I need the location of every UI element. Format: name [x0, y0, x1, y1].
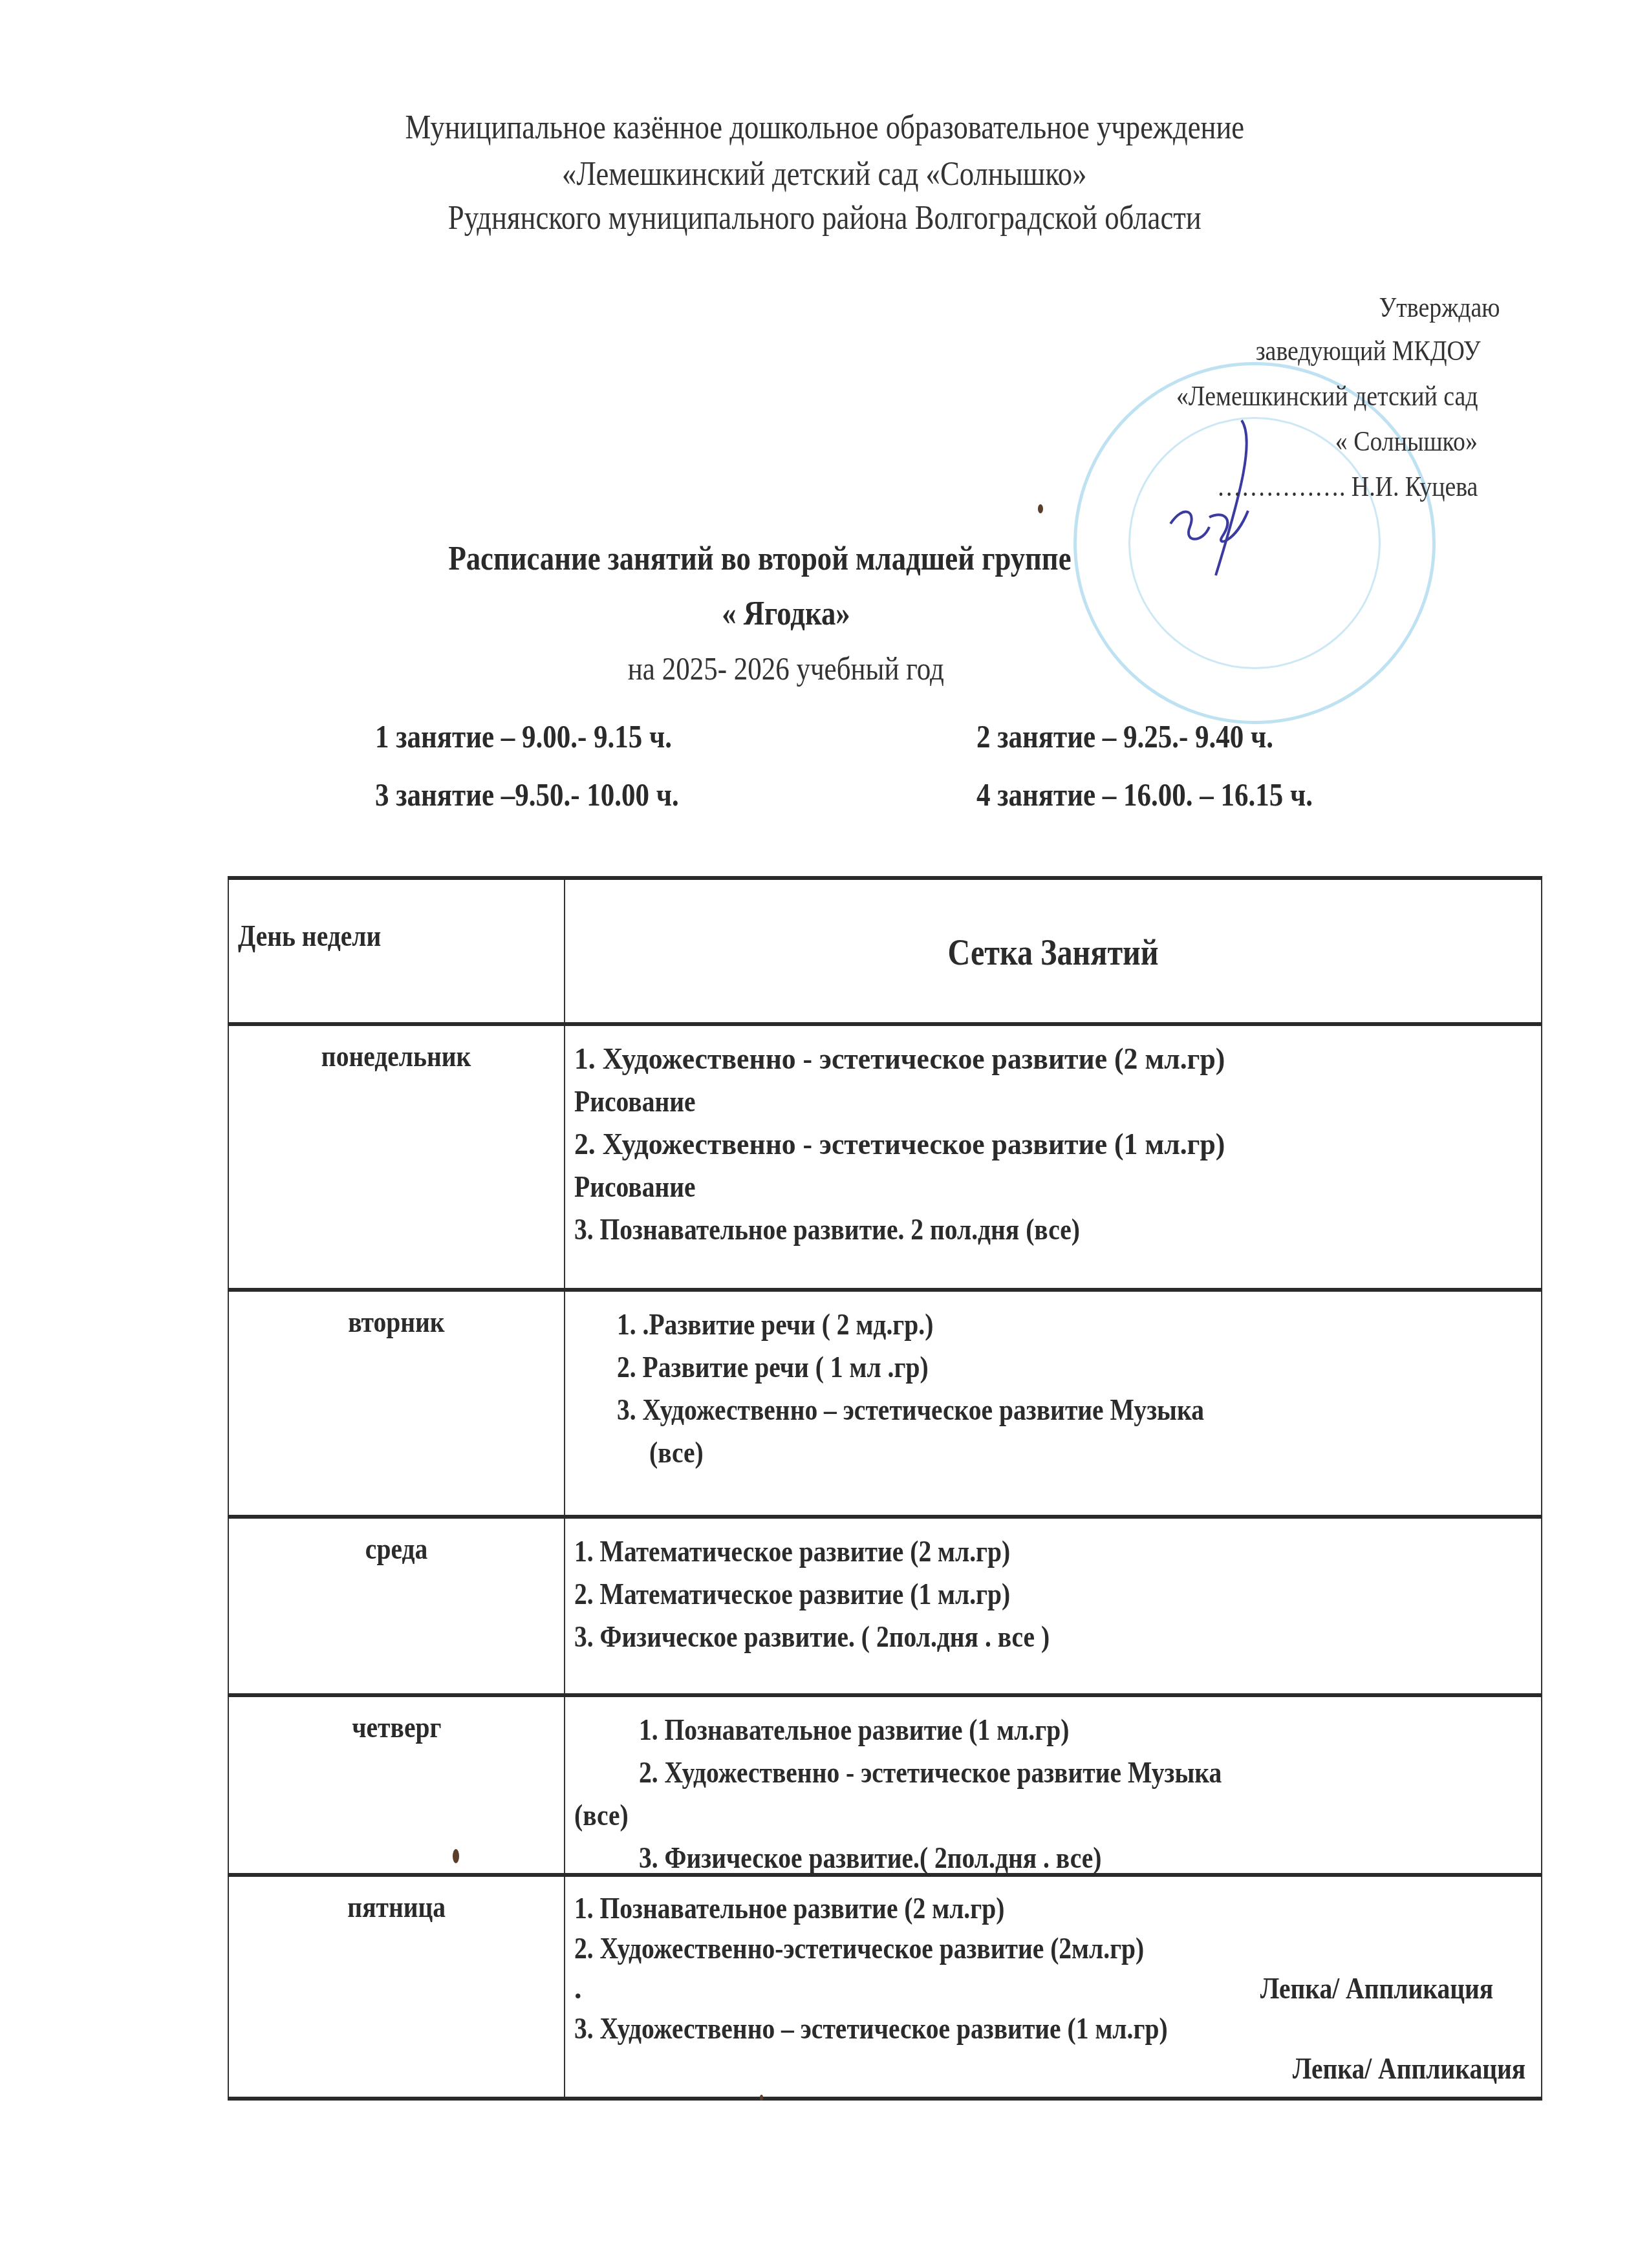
approval-org-line-2: « Солнышко»	[1312, 425, 1478, 458]
document-title: Расписание занятий во второй младшей гру…	[0, 540, 1584, 578]
approval-signatory: ……………. Н.И. Куцева	[1174, 470, 1478, 503]
day-cell: пятница	[228, 1877, 565, 2097]
activity-line: 1. .Развитие речи ( 2 мд.гр.)	[617, 1303, 1532, 1346]
header-activity-grid: Сетка Занятий	[565, 880, 1542, 1022]
session-time-1: 1 занятие – 9.00.- 9.15 ч.	[375, 718, 720, 755]
activity-line: 3. Художественно – эстетическое развитие…	[574, 2009, 1532, 2049]
scan-speck	[760, 2095, 763, 2101]
activities-cell: 1. .Развитие речи ( 2 мд.гр.) 2. Развити…	[565, 1292, 1542, 1515]
activity-line: 1. Познавательное развитие (2 мл.гр)	[574, 1888, 1532, 1929]
activity-line: Лепка/ Аппликация	[574, 2049, 1532, 2089]
approval-label: Утверждаю	[1359, 291, 1500, 324]
activity-line: 2. Художественно-эстетическое развитие (…	[574, 1929, 1532, 1969]
activity-line: (все)	[574, 1794, 1532, 1837]
approval-position: заведующий МКДОУ	[1219, 334, 1481, 367]
day-cell: четверг	[228, 1697, 565, 1873]
activities-cell: 1. Познавательное развитие (2 мл.гр) 2. …	[565, 1877, 1542, 2097]
table-row: среда 1. Математическое развитие (2 мл.г…	[228, 1515, 1542, 1693]
activity-line: . Лепка/ Аппликация	[574, 1969, 1532, 2009]
table-row: вторник 1. .Развитие речи ( 2 мд.гр.) 2.…	[228, 1288, 1542, 1515]
session-time-4: 4 занятие – 16.00. – 16.15 ч.	[976, 776, 1368, 813]
schedule-table: День недели Сетка Занятий понедельник 1.…	[228, 876, 1542, 2101]
activity-line: 2. Художественно - эстетическое развитие…	[574, 1123, 1532, 1166]
activity-line: Рисование	[574, 1080, 1532, 1123]
scan-speck	[453, 1849, 459, 1863]
academic-year: на 2025- 2026 учебный год	[0, 650, 1610, 687]
activity-line: 1. Математическое развитие (2 мл.гр)	[574, 1530, 1532, 1573]
activity-line: 3. Познавательное развитие. 2 пол.дня (в…	[574, 1208, 1532, 1251]
activity-line: 2. Развитие речи ( 1 мл .гр)	[617, 1346, 1532, 1389]
activity-line: 3. Художественно – эстетическое развитие…	[617, 1389, 1532, 1431]
day-cell: вторник	[228, 1292, 565, 1515]
day-cell: понедельник	[228, 1026, 565, 1288]
org-name-line-2: «Лемешкинский детский сад «Солнышко»	[0, 155, 1649, 193]
activity-line: Рисование	[574, 1166, 1532, 1208]
org-name-line-3: Руднянского муниципального района Волгог…	[0, 199, 1649, 237]
activities-cell: 1. Математическое развитие (2 мл.гр) 2. …	[565, 1519, 1542, 1693]
scan-speck	[1038, 504, 1043, 513]
activities-cell: 1. Познавательное развитие (1 мл.гр) 2. …	[565, 1697, 1542, 1873]
table-row: понедельник 1. Художественно - эстетичес…	[228, 1022, 1542, 1288]
activity-line: 2. Художественно - эстетическое развитие…	[574, 1751, 1532, 1794]
activity-line: 1. Познавательное развитие (1 мл.гр)	[574, 1709, 1532, 1751]
activity-line: 1. Художественно - эстетическое развитие…	[574, 1038, 1532, 1080]
table-row: пятница 1. Познавательное развитие (2 мл…	[228, 1873, 1542, 2101]
activity-line: (все)	[617, 1431, 1532, 1474]
day-cell: среда	[228, 1519, 565, 1693]
group-name: « Ягодка»	[0, 595, 1610, 633]
table-row: четверг 1. Познавательное развитие (1 мл…	[228, 1693, 1542, 1873]
approval-org-line-1: «Лемешкинский детский сад	[1127, 380, 1478, 412]
stray-period: .	[574, 1969, 582, 2009]
activity-line: 3. Физическое развитие. ( 2пол.дня . все…	[574, 1616, 1532, 1658]
table-header-row: День недели Сетка Занятий	[228, 876, 1542, 1022]
session-time-2: 2 занятие – 9.25.- 9.40 ч.	[976, 718, 1322, 755]
org-name-line-1: Муниципальное казённое дошкольное образо…	[0, 109, 1649, 147]
session-time-3: 3 занятие –9.50.- 10.00 ч.	[375, 776, 728, 813]
activities-cell: 1. Художественно - эстетическое развитие…	[565, 1026, 1542, 1288]
header-day-of-week: День недели	[228, 880, 565, 1022]
activity-line: 2. Математическое развитие (1 мл.гр)	[574, 1573, 1532, 1616]
